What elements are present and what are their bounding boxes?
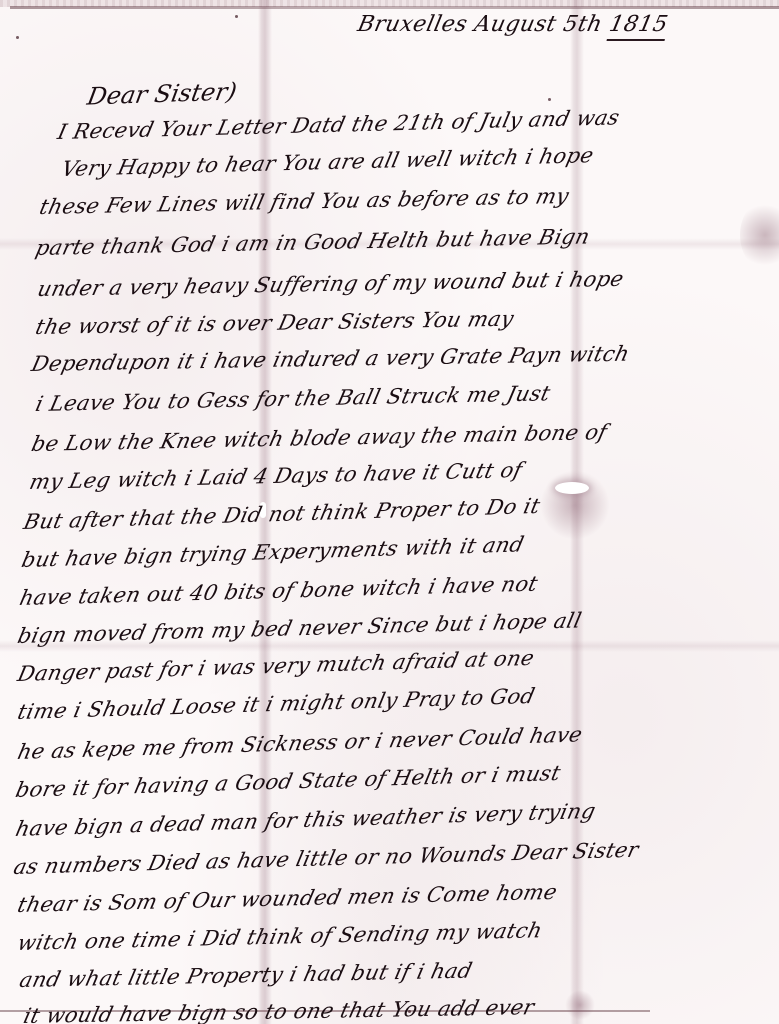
letter-line: thear is Som of Our wounded men is Come … [15,880,559,917]
letter-line: time i Should Loose it i might only Pray… [15,684,537,724]
letter-line: Danger past for i was very mutch afraid … [15,646,536,686]
letter-line: have bign a dead man for this weather is… [13,799,598,841]
letter-line: i Leave You to Gess for the Ball Struck … [33,381,552,416]
letter-line: I Recevd Your Letter Datd the 21th of Ju… [55,105,622,144]
letter-line: he as kepe me from Sickness or i never C… [15,722,584,764]
letter-line: but have bign trying Experyments with it… [19,532,526,572]
dateline: Bruxelles August 5th 1815 [355,12,670,37]
letter-page: Bruxelles August 5th 1815 Dear Sister) I… [0,0,779,1024]
letter-line: and what little Property i had but if i … [17,959,474,992]
letter-line: it would have bign so to one that You ad… [21,995,537,1024]
letter-body: Bruxelles August 5th 1815 Dear Sister) I… [0,0,779,1024]
letter-line: the worst of it is over Dear Sisters You… [33,307,516,339]
year: 1815 [606,12,670,41]
letter-line: Very Happy to hear You are all well witc… [59,143,596,181]
letter-line: bign moved from my bed never Since but i… [15,608,584,648]
letter-line: my Leg witch i Laid 4 Days to have it Cu… [27,458,524,494]
salutation: Dear Sister) [85,77,239,110]
letter-line: Dependupon it i have indured a very Grat… [29,342,632,376]
letter-line: as numbers Died as have little or no Wou… [11,838,641,879]
letter-line: these Few Lines will find You as before … [37,184,571,219]
place-date: Bruxelles August 5th [355,12,604,37]
letter-line: witch one time i Did think of Sending my… [15,918,544,955]
letter-line: parte thank God i am in Good Helth but h… [33,224,592,260]
letter-line: be Low the Knee witch blode away the mai… [29,420,609,456]
letter-line: have taken out 40 bits of bone witch i h… [17,572,540,610]
letter-line: But after that the Did not think Proper … [21,494,542,534]
letter-line: under a very heavy Suffering of my wound… [35,267,626,301]
letter-line: bore it for having a Good State of Helth… [13,761,563,802]
